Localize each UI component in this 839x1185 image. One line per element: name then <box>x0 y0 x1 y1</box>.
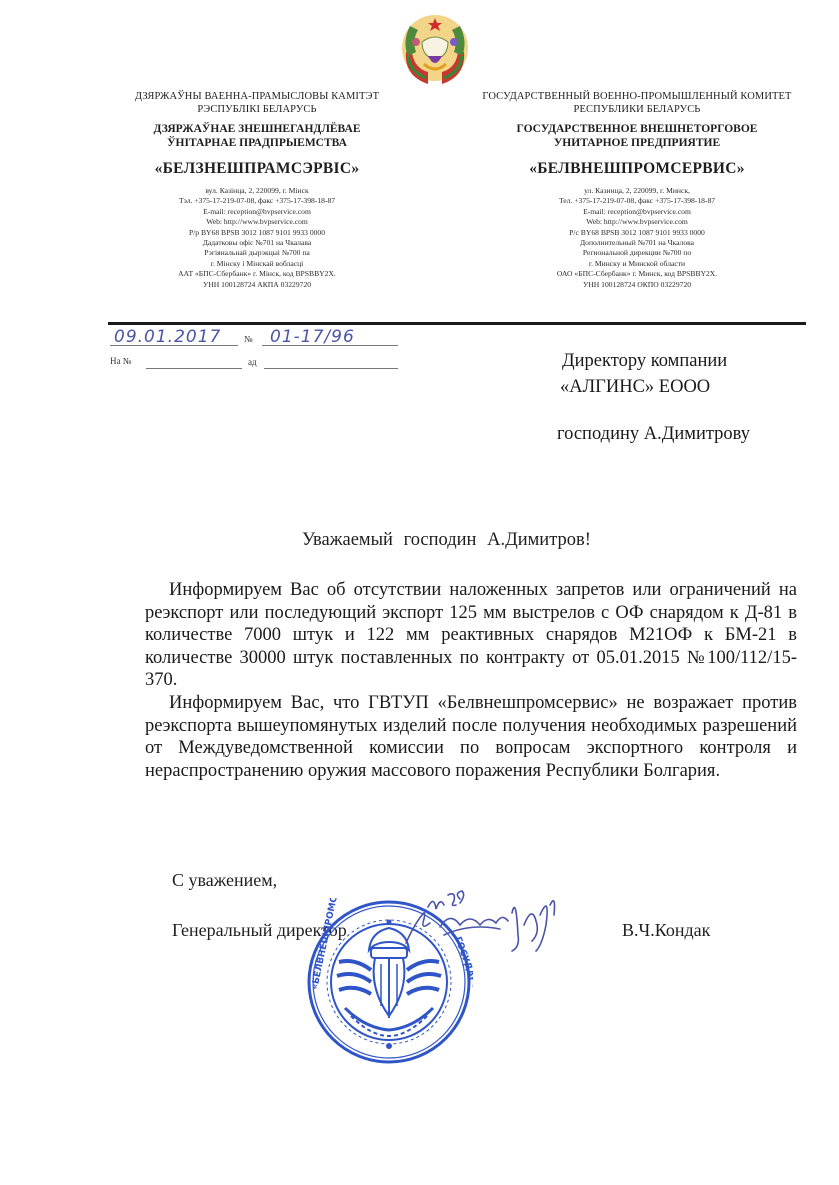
enterprise-type-be-line1: ДЗЯРЖАЎНАЕ ЗНЕШНЕГАНДЛЁВАЕ <box>92 122 422 136</box>
letter-body: Информируем Вас об отсутствии наложенных… <box>145 579 797 782</box>
letterhead-right: ГОСУДАРСТВЕННЫЙ ВОЕННО-ПРОМЫШЛЕННЫЙ КОМИ… <box>452 90 822 290</box>
company-name-ru: «БЕЛВНЕШПРОМСЕРВИС» <box>452 160 822 178</box>
bank-account: Р/с BY68 BPSB 3012 1087 9101 9933 0000 <box>452 228 822 238</box>
signature-icon <box>400 885 560 955</box>
body-paragraph-1: Информируем Вас об отсутствии наложенных… <box>145 579 797 692</box>
from-label: ад <box>248 357 257 367</box>
email: E-mail: reception@bvpservice.com <box>92 207 422 217</box>
signatory-name: В.Ч.Кондак <box>622 920 710 941</box>
in-reply-number-line <box>146 368 242 369</box>
svg-text:«БЕЛВНЕШПРОМСЕРВИС»: «БЕЛВНЕШПРОМСЕРВИС» <box>310 898 348 991</box>
phone-fax: Тэл. +375-17-219-07-08, факс +375-17-398… <box>92 196 422 206</box>
bank-directorate: Региональной дирекции №700 по <box>452 248 822 258</box>
closing: С уважением, <box>172 870 277 891</box>
addressee-line1: Директору компании <box>562 351 727 372</box>
addressee-company: «АЛГИНС» ЕООО <box>560 377 710 398</box>
salutation: Уважаемый господин А.Димитров! <box>302 530 591 551</box>
enterprise-type-be-line2: ЎНІТАРНАЕ ПРАДПРЫЕМСТВА <box>92 136 422 150</box>
letterhead-divider <box>108 322 806 325</box>
number-underline <box>262 345 398 346</box>
enterprise-type-ru-line1: ГОСУДАРСТВЕННОЕ ВНЕШНЕТОРГОВОЕ <box>452 122 822 136</box>
tax-ids: УНН 100128724 АКПА 03229720 <box>92 280 422 290</box>
committee-name-ru-line1: ГОСУДАРСТВЕННЫЙ ВОЕННО-ПРОМЫШЛЕННЫЙ КОМИ… <box>452 90 822 103</box>
number-label: № <box>244 334 253 344</box>
contact-details-be: вул. Казінца, 2, 220099, г. Мінск Тэл. +… <box>92 186 422 290</box>
address: ул. Казинца, 2, 220099, г. Минск, <box>452 186 822 196</box>
handwritten-number: 01-17/96 <box>270 327 355 347</box>
enterprise-type-ru-line2: УНИТАРНОЕ ПРЕДПРИЯТИЕ <box>452 136 822 150</box>
committee-name-be-line2: РЭСПУБЛІКІ БЕЛАРУСЬ <box>92 103 422 116</box>
bank-region: г. Мінску і Мінскай вобласці <box>92 259 422 269</box>
contact-details-ru: ул. Казинца, 2, 220099, г. Минск, Тел. +… <box>452 186 822 290</box>
website: Web: http://www.bvpservice.com <box>92 217 422 227</box>
company-name-be: «БЕЛЗНЕШПРАМСЭРВІС» <box>92 160 422 178</box>
date-underline <box>110 345 238 346</box>
handwritten-date: 09.01.2017 <box>114 327 221 347</box>
bank-office: Дадатковы офіс №701 на Чкалава <box>92 238 422 248</box>
website: Web: http://www.bvpservice.com <box>452 217 822 227</box>
bank-directorate: Рэгіянальнай дырэкцыі №700 па <box>92 248 422 258</box>
letterhead-left: ДЗЯРЖАЎНЫ ВАЕННА-ПРАМЫСЛОВЫ КАМІТЭТ РЭСП… <box>92 90 422 290</box>
in-reply-label: На № <box>110 356 131 366</box>
bank-account: Р/р BY68 BPSB 3012 1087 9101 9933 0000 <box>92 228 422 238</box>
body-paragraph-2: Информируем Вас, что ГВТУП «Белвнешпромс… <box>145 692 797 782</box>
phone-fax: Тел. +375-17-219-07-08, факс +375-17-398… <box>452 196 822 206</box>
bank-name: ААТ «БПС-Сбербанк» г. Мінск, код BPSBBY2… <box>92 269 422 279</box>
tax-ids: УНН 100128724 ОКПО 03229720 <box>452 280 822 290</box>
bank-region: г. Минску и Минской области <box>452 259 822 269</box>
from-date-line <box>264 368 398 369</box>
committee-name-be-line1: ДЗЯРЖАЎНЫ ВАЕННА-ПРАМЫСЛОВЫ КАМІТЭТ <box>92 90 422 103</box>
bank-name: ОАО «БПС-Сбербанк» г. Минск, код BPSBBY2… <box>452 269 822 279</box>
bank-office: Дополнительный №701 на Чкалова <box>452 238 822 248</box>
addressee-name: господину А.Димитрову <box>557 424 750 445</box>
committee-name-ru-line2: РЕСПУБЛИКИ БЕЛАРУСЬ <box>452 103 822 116</box>
coat-of-arms-icon <box>398 12 472 88</box>
email: E-mail: reception@bvpservice.com <box>452 207 822 217</box>
address: вул. Казінца, 2, 220099, г. Мінск <box>92 186 422 196</box>
